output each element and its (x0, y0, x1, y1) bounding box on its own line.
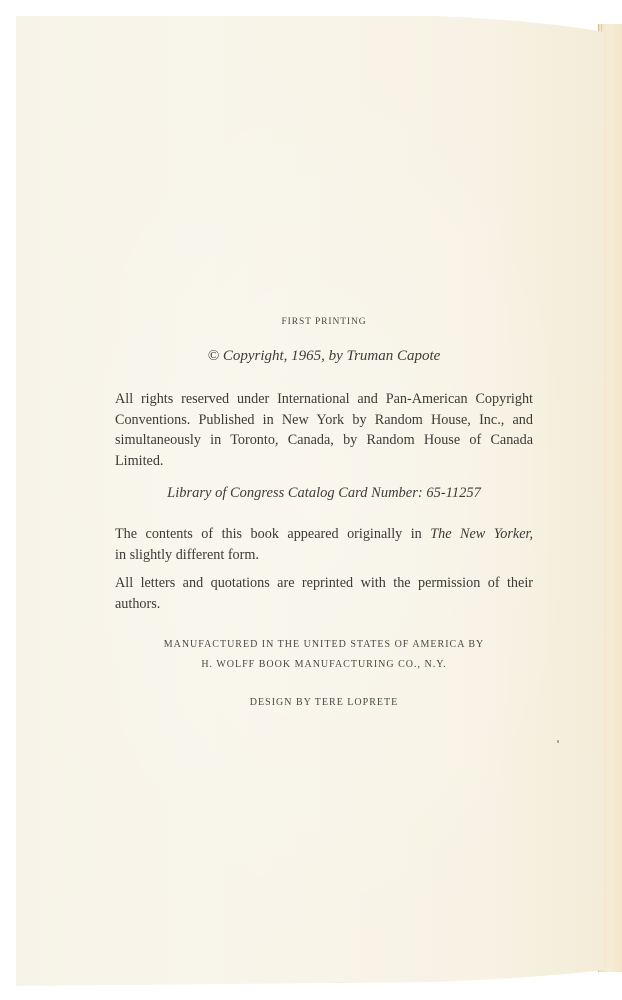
paper-speck (557, 740, 559, 743)
contents-paragraph: The contents of this book appeared origi… (115, 524, 533, 565)
rights-line-2: Conventions. Published in New York by Ra… (115, 410, 533, 431)
catalog-card-number: Library of Congress Catalog Card Number:… (115, 485, 533, 502)
manufactured-line-1: MANUFACTURED IN THE UNITED STATES OF AME… (115, 639, 533, 650)
copyright-line: © Copyright, 1965, by Truman Capote (115, 348, 533, 365)
design-credit: DESIGN BY TERE LOPRETE (115, 697, 533, 708)
new-yorker-title: The New Yorker, (430, 526, 533, 542)
contents-line-1-text: The contents of this book appeared origi… (115, 526, 430, 542)
contents-line-1: The contents of this book appeared origi… (115, 524, 533, 545)
rights-line-3: simultaneously in Toronto, Canada, by Ra… (115, 430, 533, 451)
permission-line-2: authors. (115, 594, 533, 615)
rights-line-1: All rights reserved under International … (115, 389, 533, 410)
page-stain (298, 982, 390, 1000)
first-printing-label: FIRST PRINTING (115, 317, 533, 327)
rights-line-4: Limited. (115, 451, 533, 472)
contents-line-2: in slightly different form. (115, 545, 533, 566)
permission-line-1: All letters and quotations are reprinted… (115, 573, 533, 594)
rights-paragraph: All rights reserved under International … (115, 389, 533, 471)
permission-paragraph: All letters and quotations are reprinted… (115, 573, 533, 614)
manufactured-line-2: H. WOLFF BOOK MANUFACTURING CO., N.Y. (115, 659, 533, 670)
